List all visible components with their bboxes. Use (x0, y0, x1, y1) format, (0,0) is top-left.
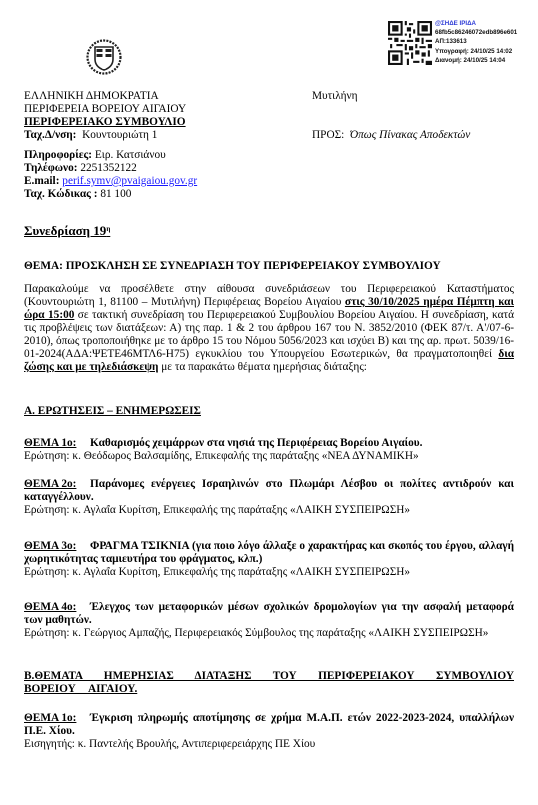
section-a-topic-4: ΘΕΜΑ 4ο:Έλεγχος των μεταφορικών μέσων σχ… (24, 601, 514, 640)
topic-title: Έλεγχος των μεταφορικών μέσων σχολικών δ… (24, 601, 514, 626)
topic-detail: Ερώτηση: κ. Αγλαΐα Κυρίτση, Επικεφαλής τ… (24, 504, 410, 516)
electronic-signature-stamp: @ΣΗΔΕ ΙΡΙΔΑ 68fb5c86246072edb896e601 ΑΠ:… (388, 17, 538, 67)
qr-code-icon (388, 21, 432, 65)
topic-title: Παράνομες ενέργειες Ισραηλινών στο Πλωμά… (24, 478, 514, 503)
topic-title: Έγκριση πληρωμής αποτίμησης σε χρήμα Μ.Α… (24, 712, 514, 737)
postcode-value: 81 100 (100, 188, 131, 200)
email-label: E.mail: (24, 175, 59, 187)
stamp-protocol: ΑΠ:133613 (435, 37, 517, 46)
address-value: Κουντουριώτη 1 (82, 129, 157, 141)
section-b-topic-1: ΘΕΜΑ 1ο:Έγκριση πληρωμής αποτίμησης σε χ… (24, 712, 514, 751)
topic-detail: Ερώτηση: κ. Αγλαΐα Κυρίτση, Επικεφαλής τ… (24, 566, 410, 578)
stamp-text: @ΣΗΔΕ ΙΡΙΔΑ 68fb5c86246072edb896e601 ΑΠ:… (435, 19, 517, 65)
info-line: Πληροφορίες: Ειρ. Κατσιάνου (24, 149, 166, 162)
topic-detail: Ερώτηση: κ. Γεώργιος Αμπαζής, Περιφερεια… (24, 627, 488, 639)
topic-label: ΘΕΜΑ 3ο: (24, 540, 90, 553)
postcode-label: Ταχ. Κώδικας : (24, 188, 97, 200)
section-a-topic-2: ΘΕΜΑ 2ο:Παράνομες ενέργειες Ισραηλινών σ… (24, 478, 514, 517)
stamp-org: @ΣΗΔΕ ΙΡΙΔΑ (435, 19, 517, 28)
to-value: Όπως Πίνακας Αποδεκτών (350, 129, 470, 141)
topic-label: ΘΕΜΑ 1ο: (24, 437, 90, 450)
city: Μυτιλήνη (312, 90, 358, 103)
topic-detail: Ερώτηση: κ. Θεόδωρος Βαλσαμίδης, Επικεφα… (24, 450, 419, 462)
session-title-text: Συνεδρίαση 19 (24, 223, 106, 238)
session-title: Συνεδρίαση 19η (24, 224, 110, 237)
council-heading: ΠΕΡΙΦΕΡΕΙΑΚΟ ΣΥΜΒΟΥΛΙΟ (24, 116, 186, 129)
body-text-2: σε τακτική συνεδρίαση του Περιφερειακού … (24, 309, 514, 360)
stamp-signature-date: Υπογραφή: 24/10/25 14:02 (435, 47, 517, 56)
topic-title: ΦΡΑΓΜΑ ΤΣΙΚΝΙΑ (για ποιο λόγο άλλαξε ο χ… (24, 540, 514, 565)
invitation-paragraph: Παρακαλούμε να προσέλθετε στην αίθουσα σ… (24, 283, 514, 374)
postcode-line: Ταχ. Κώδικας : 81 100 (24, 188, 131, 201)
subject-heading: ΘΕΜΑ: ΠΡΟΣΚΛΗΣΗ ΣΕ ΣΥΝΕΔΡΙΑΣΗ ΤΟΥ ΠΕΡΙΦΕ… (24, 260, 441, 273)
stamp-hash: 68fb5c86246072edb896e601 (435, 28, 517, 37)
topic-detail: Εισηγητής: κ. Παντελής Βρουλής, Αντιπερι… (24, 738, 315, 750)
phone-line: Τηλέφωνο: 2251352122 (24, 162, 137, 175)
greek-coat-of-arms-icon (86, 39, 122, 75)
region-heading: ΠΕΡΙΦΕΡΕΙΑ ΒΟΡΕΙΟΥ ΑΙΓΑΙΟΥ (24, 103, 186, 116)
address-label: Ταχ.Δ/νση: (24, 129, 76, 141)
body-text-3: με τα παρακάτω θέματα ημερήσιας διάταξης… (158, 361, 367, 373)
session-title-sup: η (106, 225, 110, 233)
email-link[interactable]: perif.symv@pvaigaiou.gov.gr (62, 175, 197, 187)
recipients-line: ΠΡΟΣ: Όπως Πίνακας Αποδεκτών (312, 129, 470, 142)
topic-label: ΘΕΜΑ 4ο: (24, 601, 90, 614)
section-a-topic-1: ΘΕΜΑ 1ο:Καθαρισμός χειμάρρων στα νησιά τ… (24, 437, 514, 463)
section-a-topic-3: ΘΕΜΑ 3ο:ΦΡΑΓΜΑ ΤΣΙΚΝΙΑ (για ποιο λόγο άλ… (24, 540, 514, 579)
info-value: Ειρ. Κατσιάνου (95, 149, 166, 161)
address-line: Ταχ.Δ/νση: Κουντουριώτη 1 (24, 129, 157, 142)
info-label: Πληροφορίες: (24, 149, 92, 161)
email-line: E.mail: perif.symv@pvaigaiou.gov.gr (24, 175, 197, 188)
republic-heading: ΕΛΛΗΝΙΚΗ ΔΗΜΟΚΡΑΤΙΑ (24, 90, 159, 103)
phone-value: 2251352122 (80, 162, 136, 174)
topic-label: ΘΕΜΑ 1ο: (24, 712, 90, 725)
stamp-distribution-date: Διανομή: 24/10/25 14:04 (435, 56, 517, 65)
section-b-title: Β.ΘΕΜΑΤΑ ΗΜΕΡΗΣΙΑΣ ΔΙΑΤΑΞΗΣ ΤΟΥ ΠΕΡΙΦΕΡΕ… (24, 670, 514, 696)
topic-title: Καθαρισμός χειμάρρων στα νησιά της Περιφ… (90, 437, 423, 449)
topic-label: ΘΕΜΑ 2ο: (24, 478, 90, 491)
to-label: ΠΡΟΣ: (312, 129, 344, 141)
phone-label: Τηλέφωνο: (24, 162, 78, 174)
section-a-title: Α. ΕΡΩΤΗΣΕΙΣ – ΕΝΗΜΕΡΩΣΕΙΣ (24, 405, 201, 418)
